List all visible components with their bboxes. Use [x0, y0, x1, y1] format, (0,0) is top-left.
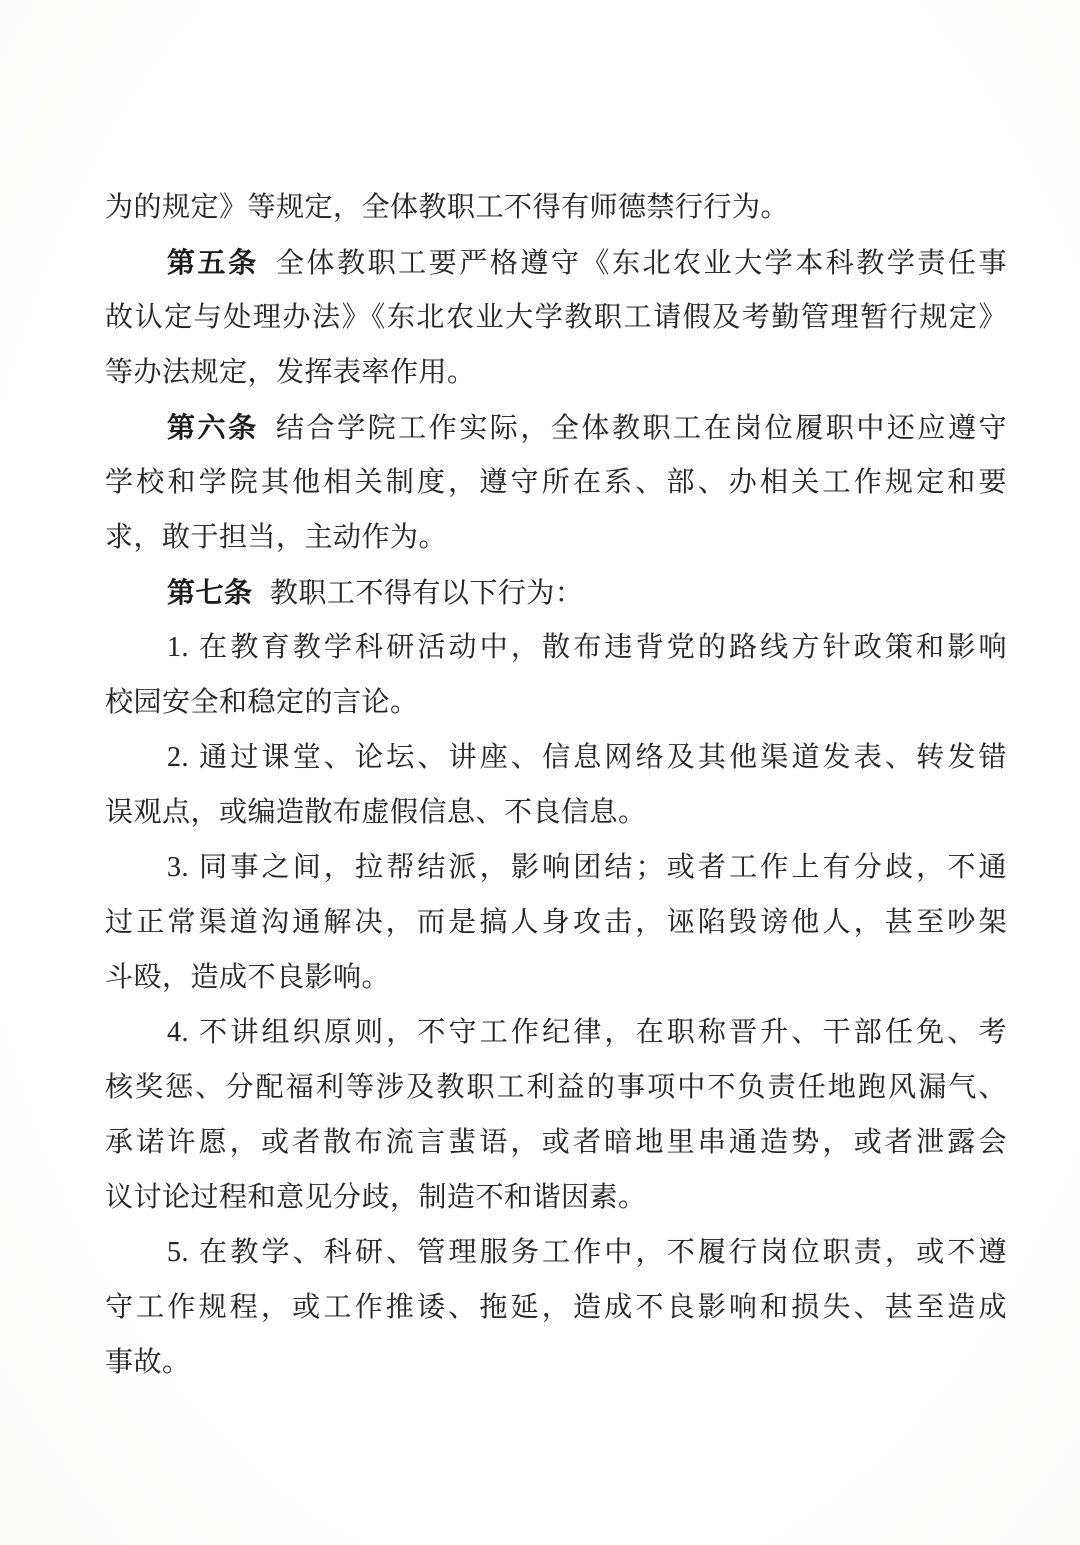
text-line: 为的规定》等规定，全体教职工不得有师德禁行行为。: [105, 180, 1007, 235]
text-line: 故认定与处理办法》《东北农业大学教职工请假及考勤管理暂行规定》: [105, 290, 1007, 345]
clause-label: 第七条: [167, 577, 253, 608]
text-line: 第五条全体教职工要严格遵守《东北农业大学本科教学责任事: [105, 235, 1007, 290]
clause-label: 第五条: [167, 247, 259, 278]
line-text: 教职工不得有以下行为：: [270, 578, 584, 609]
text-line: 承诺许愿，或者散布流言蜚语，或者暗地里串通造势，或者泄露会: [105, 1115, 1007, 1170]
text-line: 5. 在教学、科研、管理服务工作中，不履行岗位职责，或不遵: [105, 1225, 1007, 1280]
text-line: 斗殴，造成不良影响。: [105, 950, 1007, 1005]
document-page: 为的规定》等规定，全体教职工不得有师德禁行行为。 第五条全体教职工要严格遵守《东…: [0, 0, 1080, 1545]
text-line: 1. 在教育教学科研活动中，散布违背党的路线方针政策和影响: [105, 620, 1007, 675]
text-line: 第七条教职工不得有以下行为：: [105, 565, 1007, 620]
text-line: 误观点，或编造散布虚假信息、不良信息。: [105, 785, 1007, 840]
text-line: 求，敢于担当，主动作为。: [105, 510, 1007, 565]
text-line: 议讨论过程和意见分歧，制造不和谐因素。: [105, 1170, 1007, 1225]
clause-label: 第六条: [167, 412, 259, 443]
text-line: 过正常渠道沟通解决，而是搞人身攻击，诬陷毁谤他人，甚至吵架: [105, 895, 1007, 950]
text-line: 第六条结合学院工作实际，全体教职工在岗位履职中还应遵守: [105, 400, 1007, 455]
text-line: 3. 同事之间，拉帮结派，影响团结；或者工作上有分歧，不通: [105, 840, 1007, 895]
text-line: 2. 通过课堂、论坛、讲座、信息网络及其他渠道发表、转发错: [105, 730, 1007, 785]
text-line: 学校和学院其他相关制度，遵守所在系、部、办相关工作规定和要: [105, 455, 1007, 510]
text-line: 校园安全和稳定的言论。: [105, 675, 1007, 730]
line-text: 全体教职工要严格遵守《东北农业大学本科教学责任事: [276, 248, 1007, 279]
text-line: 4. 不讲组织原则，不守工作纪律，在职称晋升、干部任免、考: [105, 1005, 1007, 1060]
text-line: 守工作规程，或工作推诿、拖延，造成不良影响和损失、甚至造成: [105, 1280, 1007, 1335]
document-body: 为的规定》等规定，全体教职工不得有师德禁行行为。 第五条全体教职工要严格遵守《东…: [105, 180, 1007, 1390]
text-line: 事故。: [105, 1335, 1007, 1390]
line-text: 结合学院工作实际，全体教职工在岗位履职中还应遵守: [276, 413, 1007, 444]
text-line: 核奖惩、分配福利等涉及教职工利益的事项中不负责任地跑风漏气、: [105, 1060, 1007, 1115]
text-line: 等办法规定，发挥表率作用。: [105, 345, 1007, 400]
